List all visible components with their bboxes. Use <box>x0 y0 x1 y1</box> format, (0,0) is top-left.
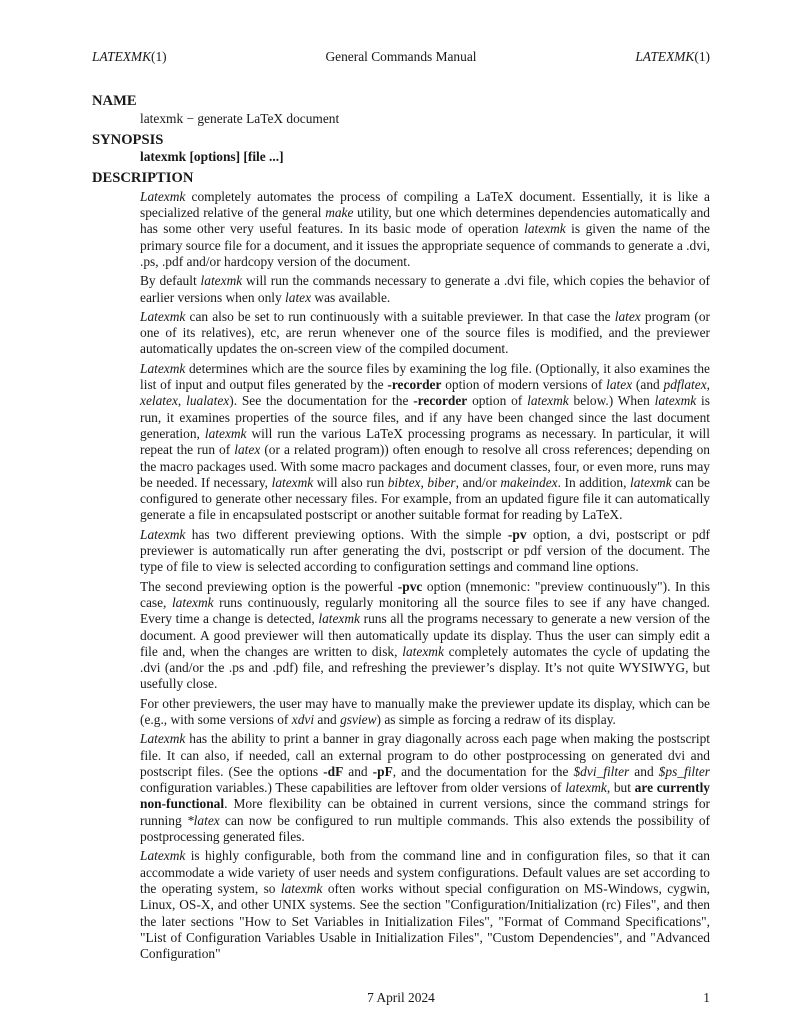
text-run: *latex <box>187 813 220 828</box>
header-left: LATEXMK(1) <box>92 49 167 65</box>
text-run: , and/or <box>456 475 501 490</box>
text-run: latexmk <box>527 393 569 408</box>
text-run: option of modern versions of <box>441 377 606 392</box>
text-run: and <box>629 764 658 779</box>
text-run: . In addition, <box>558 475 630 490</box>
text-run: Latexmk <box>140 527 185 542</box>
text-run: latex <box>234 442 260 457</box>
text-run: , <box>178 393 186 408</box>
text-run: (and <box>632 377 663 392</box>
text-run: pdflatex <box>664 377 707 392</box>
text-run: latexmk <box>318 611 360 626</box>
text-run: Latexmk <box>140 309 185 324</box>
header-center-title: General Commands Manual <box>326 49 477 65</box>
paragraph: The second previewing option is the powe… <box>140 579 710 693</box>
name-line: latexmk − generate LaTeX document <box>140 111 710 127</box>
section-name: NAME latexmk − generate LaTeX document <box>92 93 710 127</box>
paragraph: By default latexmk will run the commands… <box>140 273 710 306</box>
text-run: -recorder <box>387 377 441 392</box>
text-run: latexmk <box>630 475 672 490</box>
section-heading-synopsis: SYNOPSIS <box>92 132 710 148</box>
man-page: LATEXMK(1) General Commands Manual LATEX… <box>0 0 800 1035</box>
footer-page-number: 1 <box>504 990 710 1006</box>
text-run: was available. <box>311 290 390 305</box>
paragraph: Latexmk completely automates the process… <box>140 189 710 270</box>
text-run: ) as simple as forcing a redraw of its d… <box>377 712 616 727</box>
text-run: latexmk <box>281 881 323 896</box>
text-run: Latexmk <box>140 731 185 746</box>
paragraph: Latexmk can also be set to run continuou… <box>140 309 710 358</box>
section-description: DESCRIPTION Latexmk completely automates… <box>92 170 710 962</box>
text-run: and <box>314 712 340 727</box>
text-run: below.) When <box>569 393 655 408</box>
text-run: latexmk <box>205 426 247 441</box>
header-right-section: (1) <box>694 49 710 64</box>
text-run: and <box>343 764 372 779</box>
header-right: LATEXMK(1) <box>635 49 710 65</box>
text-run: latexmk <box>655 393 697 408</box>
description-paragraphs: Latexmk completely automates the process… <box>140 189 710 963</box>
paragraph: Latexmk is highly configurable, both fro… <box>140 848 710 962</box>
synopsis-line: latexmk [options] [file ...] <box>140 149 710 165</box>
text-run: latex <box>285 290 311 305</box>
text-run: , and the documentation for the <box>393 764 574 779</box>
text-run: latexmk <box>272 475 314 490</box>
text-run: Latexmk <box>140 848 185 863</box>
text-run: make <box>325 205 353 220</box>
text-run: configuration variables.) These capabili… <box>140 780 565 795</box>
text-run: will also run <box>313 475 388 490</box>
text-run: , <box>707 377 710 392</box>
text-run: , but <box>607 780 635 795</box>
paragraph: Latexmk determines which are the source … <box>140 361 710 524</box>
text-run: latexmk <box>524 221 566 236</box>
text-run: By default <box>140 273 201 288</box>
text-run: latexmk <box>565 780 607 795</box>
text-run: latex <box>615 309 641 324</box>
text-run: bibtex <box>388 475 421 490</box>
text-run: xelatex <box>140 393 178 408</box>
text-run: gsview <box>340 712 376 727</box>
text-run: can now be configured to run multiple co… <box>140 813 710 844</box>
paragraph: Latexmk has the ability to print a banne… <box>140 731 710 845</box>
text-run: ). See the documentation for the <box>229 393 413 408</box>
paragraph: For other previewers, the user may have … <box>140 696 710 729</box>
header-right-title: LATEXMK <box>635 49 694 64</box>
footer-date: 7 April 2024 <box>298 990 504 1006</box>
header-left-title: LATEXMK <box>92 49 151 64</box>
header-left-section: (1) <box>151 49 167 64</box>
text-run: has two different previewing options. Wi… <box>185 527 508 542</box>
paragraph: Latexmk has two different previewing opt… <box>140 527 710 576</box>
text-run: makeindex <box>500 475 557 490</box>
section-heading-description: DESCRIPTION <box>92 170 710 186</box>
text-run: lualatex <box>186 393 229 408</box>
text-run: Latexmk <box>140 189 185 204</box>
section-heading-name: NAME <box>92 93 710 109</box>
text-run: latex <box>606 377 632 392</box>
text-run: -pvc <box>398 579 423 594</box>
text-run: option of <box>467 393 527 408</box>
text-run: latexmk <box>172 595 214 610</box>
text-run: Latexmk <box>140 361 185 376</box>
text-run: biber <box>427 475 455 490</box>
section-synopsis: SYNOPSIS latexmk [options] [file ...] <box>92 132 710 166</box>
page-content: LATEXMK(1) General Commands Manual LATEX… <box>0 0 800 962</box>
text-run: xdvi <box>292 712 314 727</box>
text-run: latexmk <box>201 273 243 288</box>
text-run: $ps_filter <box>659 764 710 779</box>
text-run: latexmk <box>402 644 444 659</box>
page-header: LATEXMK(1) General Commands Manual LATEX… <box>92 49 710 65</box>
text-run: -recorder <box>413 393 467 408</box>
page-footer: 7 April 2024 1 <box>92 990 710 1006</box>
text-run: can also be set to run continuously with… <box>185 309 614 324</box>
text-run: -pv <box>508 527 527 542</box>
text-run: $dvi_filter <box>573 764 629 779</box>
text-run: The second previewing option is the powe… <box>140 579 398 594</box>
text-run: -pF <box>373 764 393 779</box>
text-run: -dF <box>323 764 343 779</box>
